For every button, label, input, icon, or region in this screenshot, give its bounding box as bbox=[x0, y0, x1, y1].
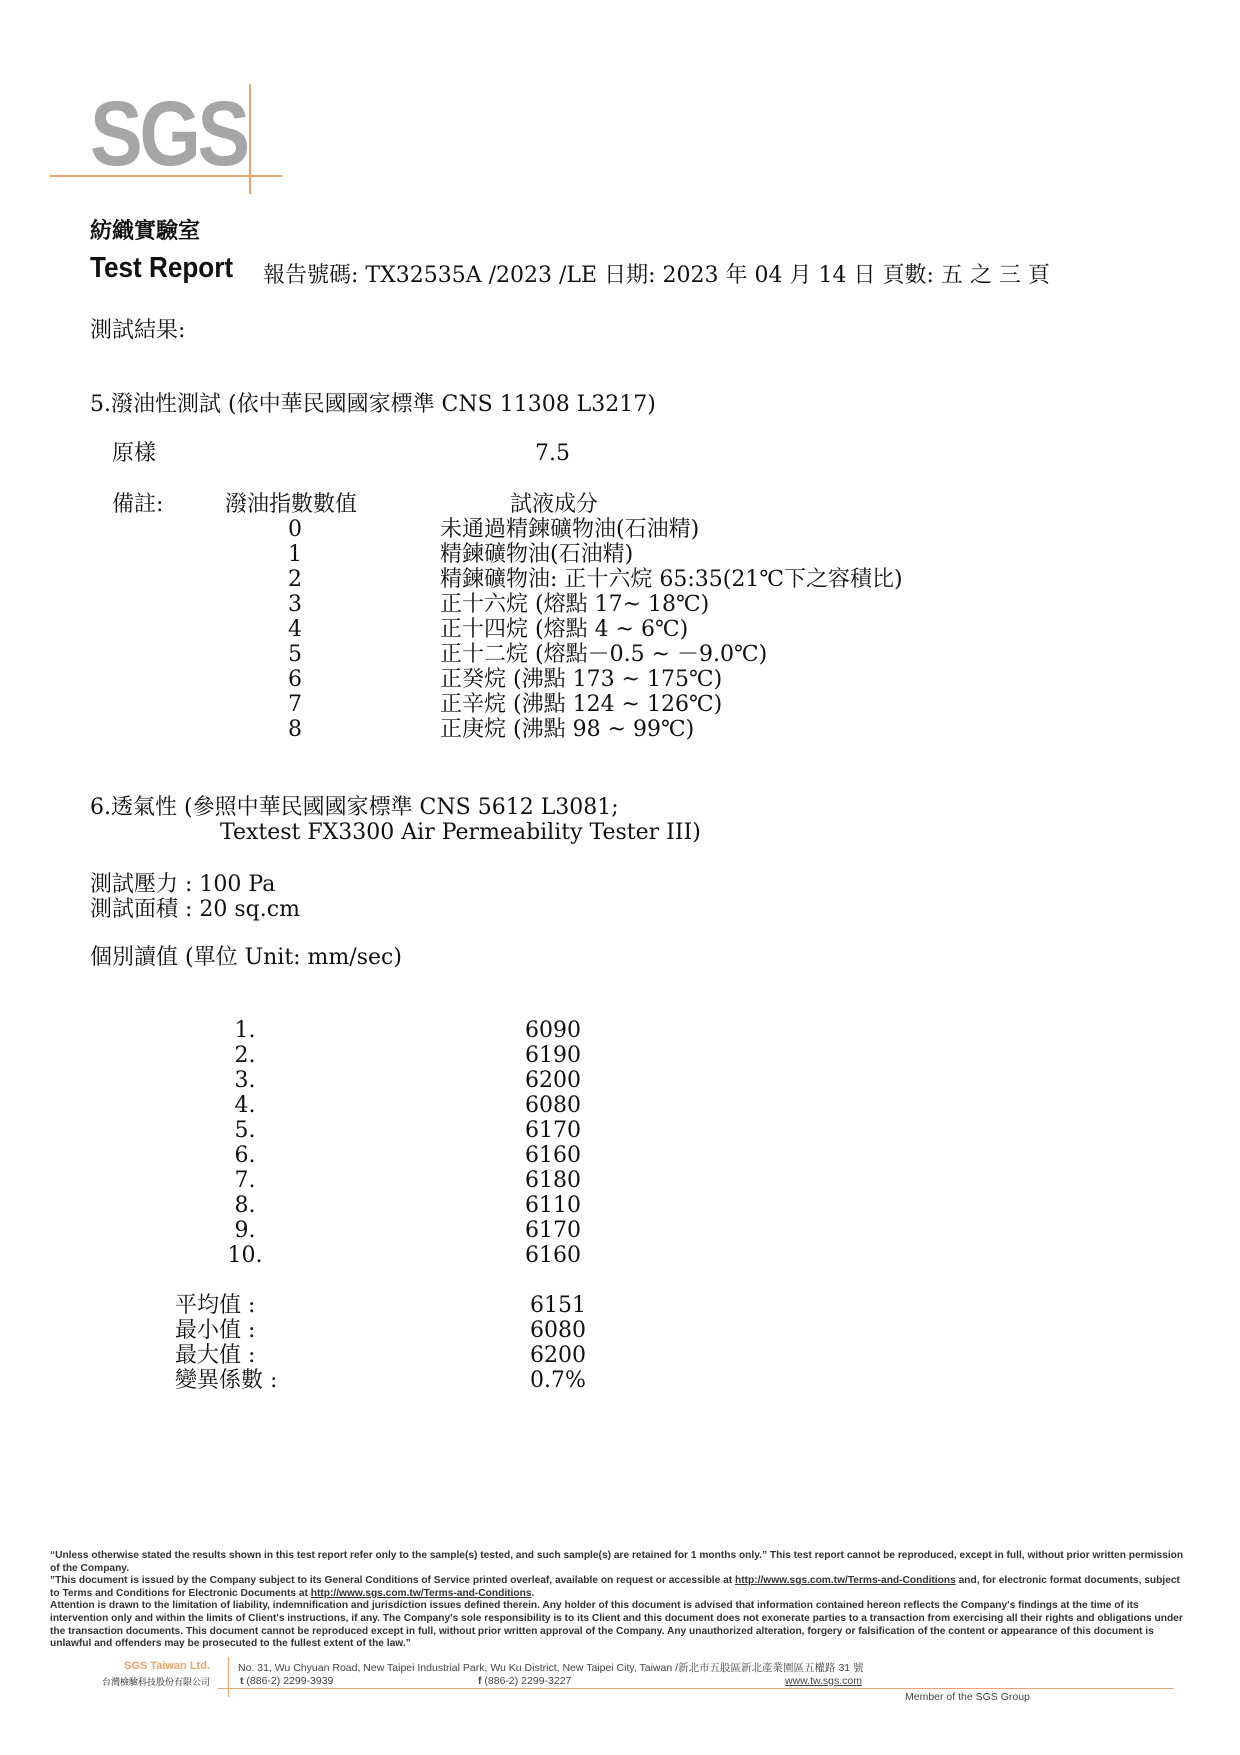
stat-label: 最大值 : bbox=[175, 1343, 530, 1368]
col-oil-index: 潑油指數數值 bbox=[225, 492, 357, 517]
company-name-en: SGS Taiwan Ltd. bbox=[110, 1660, 210, 1672]
reading-index: 4. bbox=[210, 1093, 280, 1118]
logo-vertical-line bbox=[249, 84, 251, 194]
stat-label: 變異係數 : bbox=[175, 1368, 530, 1393]
section6-heading-line1: 6.透氣性 (參照中華民國國家標準 CNS 5612 L3081; bbox=[90, 795, 619, 820]
footer-divider-horizontal bbox=[218, 1688, 1173, 1689]
grade: 3 bbox=[275, 592, 315, 617]
oil-grade-row: 4正十四烷 (熔點 4 ~ 6℃) bbox=[275, 617, 903, 642]
stat-value: 6200 bbox=[530, 1343, 586, 1368]
grade: 7 bbox=[275, 692, 315, 717]
reading-index: 2. bbox=[210, 1043, 280, 1068]
reading-index: 1. bbox=[210, 1018, 280, 1043]
stat-row: 變異係數 :0.7% bbox=[175, 1368, 586, 1393]
fax-number: (886-2) 2299-3227 bbox=[484, 1675, 571, 1687]
readings-table: 1.6090 2.6190 3.6200 4.6080 5.6170 6.616… bbox=[210, 1018, 595, 1268]
reading-index: 3. bbox=[210, 1068, 280, 1093]
stat-row: 平均值 :6151 bbox=[175, 1293, 586, 1318]
page-count: 五 之 三 頁 bbox=[941, 263, 1050, 288]
phone-prefix: t bbox=[240, 1675, 244, 1687]
oil-grade-row: 3正十六烷 (熔點 17~ 18℃) bbox=[275, 592, 903, 617]
report-title: Test Report bbox=[90, 252, 233, 285]
disclaimer-text: ”This document is issued by the Company … bbox=[50, 1575, 735, 1586]
reading-value: 6160 bbox=[525, 1143, 595, 1168]
reading-index: 9. bbox=[210, 1218, 280, 1243]
report-header-info: 報告號碼: TX32535A /2023 /LE 日期: 2023 年 04 月… bbox=[263, 258, 1050, 289]
sgs-logo: SGS bbox=[90, 88, 247, 180]
stats-table: 平均值 :6151 最小值 :6080 最大值 :6200 變異係數 :0.7% bbox=[175, 1293, 586, 1393]
reading-value: 6110 bbox=[525, 1193, 595, 1218]
stat-label: 最小值 : bbox=[175, 1318, 530, 1343]
report-date: 2023 年 04 月 14 日 bbox=[663, 263, 876, 288]
stat-value: 6080 bbox=[530, 1318, 586, 1343]
member-of-group: Member of the SGS Group bbox=[905, 1691, 1030, 1703]
reading-index: 7. bbox=[210, 1168, 280, 1193]
grade: 0 bbox=[275, 517, 315, 542]
reading-row: 9.6170 bbox=[210, 1218, 595, 1243]
electronic-terms-link[interactable]: http://www.sgs.com.tw/Terms-and-Conditio… bbox=[311, 1588, 532, 1599]
reading-value: 6090 bbox=[525, 1018, 595, 1043]
legal-disclaimer: “Unless otherwise stated the results sho… bbox=[50, 1550, 1190, 1651]
liquid: 正癸烷 (沸點 173 ~ 175℃) bbox=[440, 667, 722, 692]
reading-row: 1.6090 bbox=[210, 1018, 595, 1043]
oil-grade-row: 7正辛烷 (沸點 124 ~ 126℃) bbox=[275, 692, 903, 717]
sample-value: 7.5 bbox=[535, 441, 570, 466]
section5-heading: 5.潑油性測試 (依中華民國國家標準 CNS 11308 L3217) bbox=[90, 392, 656, 417]
oil-grade-row: 6正癸烷 (沸點 173 ~ 175℃) bbox=[275, 667, 903, 692]
liquid: 正十四烷 (熔點 4 ~ 6℃) bbox=[440, 617, 688, 642]
reading-row: 3.6200 bbox=[210, 1068, 595, 1093]
company-phone: t (886-2) 2299-3939 bbox=[240, 1675, 333, 1687]
results-label: 測試結果: bbox=[90, 318, 185, 343]
stat-value: 0.7% bbox=[530, 1368, 586, 1393]
company-address: No. 31, Wu Chyuan Road, New Taipei Indus… bbox=[238, 1660, 864, 1675]
date-label: 日期: bbox=[604, 263, 655, 288]
reading-value: 6170 bbox=[525, 1218, 595, 1243]
note-label: 備註: bbox=[112, 492, 163, 517]
reading-index: 6. bbox=[210, 1143, 280, 1168]
company-fax: f (886-2) 2299-3227 bbox=[478, 1675, 571, 1687]
pages-label: 頁數: bbox=[882, 263, 933, 288]
section6-heading-line2: Textest FX3300 Air Permeability Tester I… bbox=[220, 820, 701, 845]
reading-index: 8. bbox=[210, 1193, 280, 1218]
reading-row: 7.6180 bbox=[210, 1168, 595, 1193]
oil-grade-row: 2精鍊礦物油: 正十六烷 65:35(21℃下之容積比) bbox=[275, 567, 903, 592]
disclaimer-p3: Attention is drawn to the limitation of … bbox=[50, 1600, 1190, 1650]
grade: 5 bbox=[275, 642, 315, 667]
terms-link[interactable]: http://www.sgs.com.tw/Terms-and-Conditio… bbox=[735, 1575, 956, 1586]
reading-value: 6170 bbox=[525, 1118, 595, 1143]
oil-grade-row: 8正庚烷 (沸點 98 ~ 99℃) bbox=[275, 717, 903, 742]
reading-row: 8.6110 bbox=[210, 1193, 595, 1218]
reading-value: 6080 bbox=[525, 1093, 595, 1118]
grade: 8 bbox=[275, 717, 315, 742]
liquid: 正十二烷 (熔點－0.5 ~ －9.0℃) bbox=[440, 642, 767, 667]
oil-grade-row: 0未通過精鍊礦物油(石油精) bbox=[275, 517, 903, 542]
lab-name: 紡織實驗室 bbox=[90, 214, 200, 245]
sample-label: 原樣 bbox=[112, 441, 156, 466]
col-test-liquid: 試液成分 bbox=[510, 492, 598, 517]
readings-label: 個別讀值 (單位 Unit: mm/sec) bbox=[90, 945, 402, 970]
report-no-label: 報告號碼: bbox=[263, 263, 358, 288]
reading-index: 5. bbox=[210, 1118, 280, 1143]
disclaimer-p2: ”This document is issued by the Company … bbox=[50, 1575, 1190, 1600]
reading-row: 10.6160 bbox=[210, 1243, 595, 1268]
liquid: 正辛烷 (沸點 124 ~ 126℃) bbox=[440, 692, 722, 717]
stat-row: 最小值 :6080 bbox=[175, 1318, 586, 1343]
oil-grade-row: 5正十二烷 (熔點－0.5 ~ －9.0℃) bbox=[275, 642, 903, 667]
liquid: 正十六烷 (熔點 17~ 18℃) bbox=[440, 592, 709, 617]
disclaimer-p1: “Unless otherwise stated the results sho… bbox=[50, 1550, 1190, 1575]
grade: 6 bbox=[275, 667, 315, 692]
company-website-link[interactable]: www.tw.sgs.com bbox=[785, 1675, 862, 1687]
disclaimer-text: . bbox=[532, 1588, 535, 1599]
company-name-zh: 台灣檢驗科技股份有限公司 bbox=[70, 1675, 210, 1688]
reading-index: 10. bbox=[210, 1243, 280, 1268]
oil-grade-row: 1精鍊礦物油(石油精) bbox=[275, 542, 903, 567]
liquid: 未通過精鍊礦物油(石油精) bbox=[440, 517, 699, 542]
liquid: 精鍊礦物油: 正十六烷 65:35(21℃下之容積比) bbox=[440, 567, 903, 592]
stat-value: 6151 bbox=[530, 1293, 586, 1318]
liquid: 正庚烷 (沸點 98 ~ 99℃) bbox=[440, 717, 694, 742]
oil-grade-table: 0未通過精鍊礦物油(石油精) 1精鍊礦物油(石油精) 2精鍊礦物油: 正十六烷 … bbox=[275, 517, 903, 742]
reading-row: 4.6080 bbox=[210, 1093, 595, 1118]
reading-value: 6180 bbox=[525, 1168, 595, 1193]
logo-horizontal-line bbox=[50, 175, 282, 177]
grade: 1 bbox=[275, 542, 315, 567]
footer-divider-vertical bbox=[228, 1657, 229, 1697]
stat-label: 平均值 : bbox=[175, 1293, 530, 1318]
phone-number: (886-2) 2299-3939 bbox=[246, 1675, 333, 1687]
reading-value: 6160 bbox=[525, 1243, 595, 1268]
reading-row: 5.6170 bbox=[210, 1118, 595, 1143]
grade: 4 bbox=[275, 617, 315, 642]
test-pressure: 測試壓力 : 100 Pa bbox=[90, 872, 275, 897]
reading-value: 6200 bbox=[525, 1068, 595, 1093]
report-no: TX32535A /2023 /LE bbox=[365, 263, 597, 288]
reading-row: 2.6190 bbox=[210, 1043, 595, 1068]
liquid: 精鍊礦物油(石油精) bbox=[440, 542, 633, 567]
stat-row: 最大值 :6200 bbox=[175, 1343, 586, 1368]
test-area: 測試面積 : 20 sq.cm bbox=[90, 897, 300, 922]
grade: 2 bbox=[275, 567, 315, 592]
reading-value: 6190 bbox=[525, 1043, 595, 1068]
fax-prefix: f bbox=[478, 1675, 482, 1687]
reading-row: 6.6160 bbox=[210, 1143, 595, 1168]
